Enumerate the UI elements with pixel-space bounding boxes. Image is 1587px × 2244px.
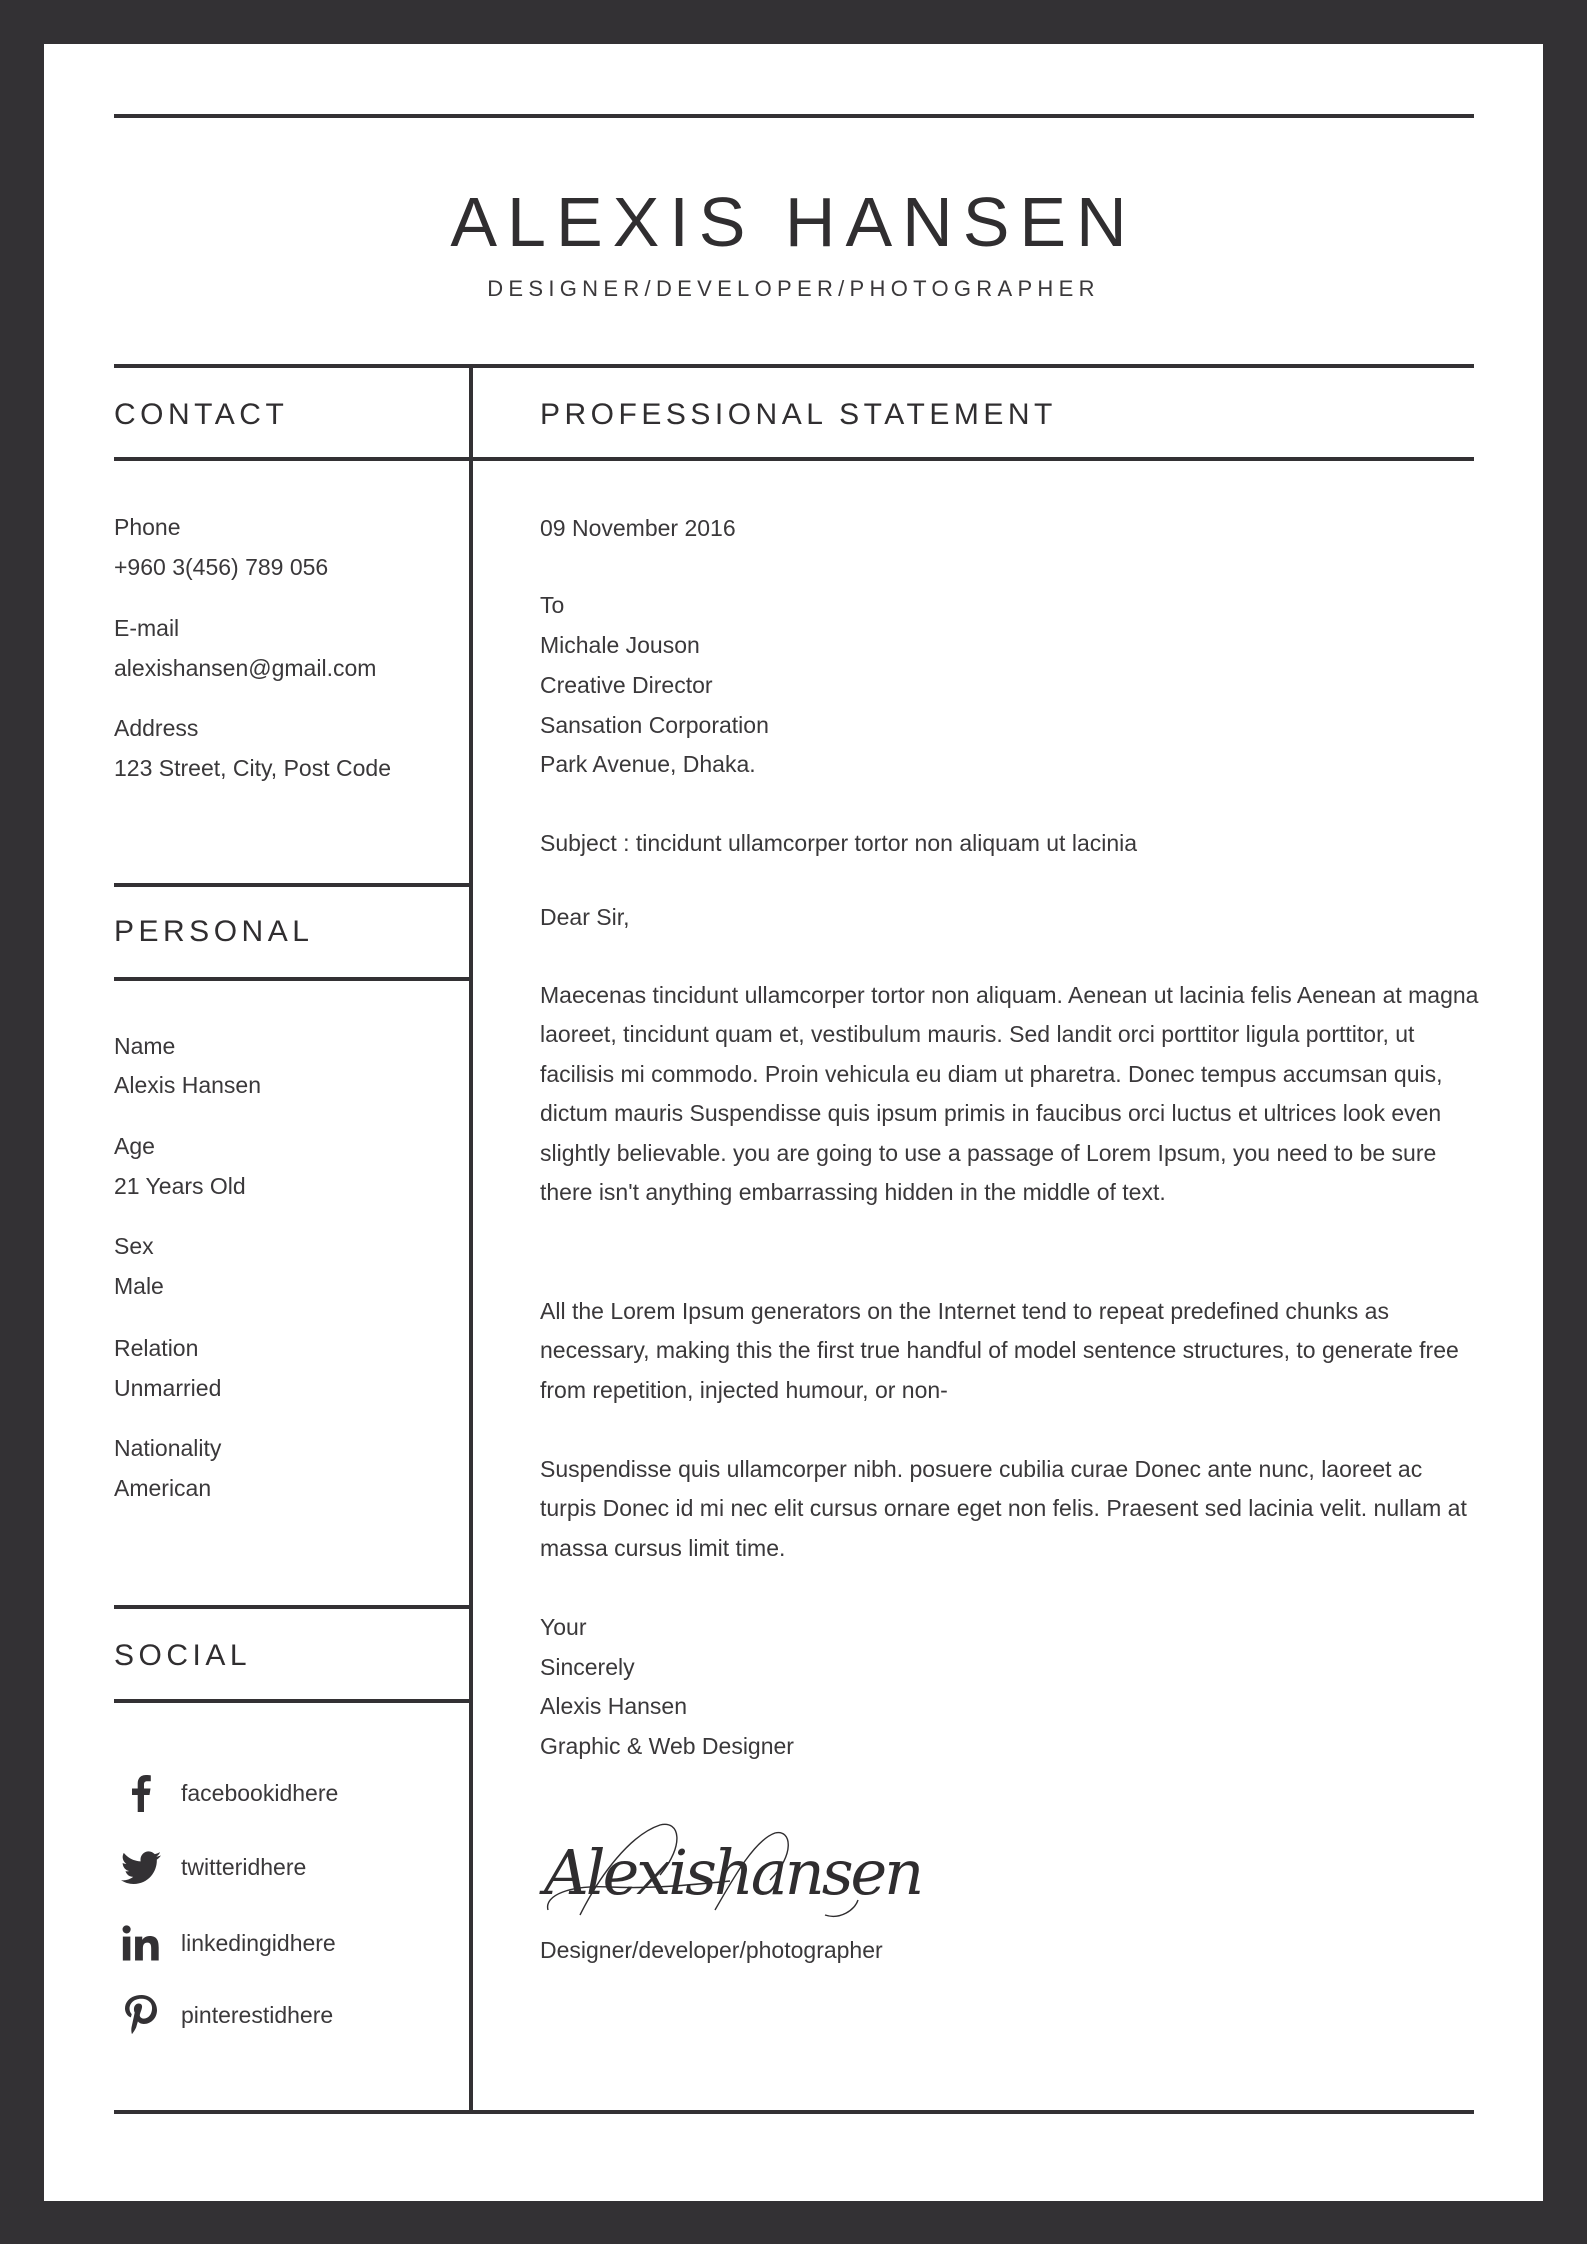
closing-your: Your: [540, 1613, 586, 1641]
facebook-handle[interactable]: facebookidhere: [181, 1779, 338, 1807]
closing-name: Alexis Hansen: [540, 1692, 687, 1720]
candidate-name: ALEXIS HANSEN: [0, 182, 1587, 262]
closing-sincerely: Sincerely: [540, 1653, 635, 1681]
letter-paragraph-2: All the Lorem Ipsum generators on the In…: [540, 1292, 1480, 1410]
linkedin-handle[interactable]: linkedingidhere: [181, 1929, 336, 1957]
twitter-icon[interactable]: [120, 1847, 162, 1889]
letter-date: 09 November 2016: [540, 514, 736, 542]
contact-phone-value[interactable]: +960 3(456) 789 056: [114, 553, 328, 581]
contact-heading: CONTACT: [114, 397, 288, 433]
personal-relation-label: Relation: [114, 1334, 198, 1362]
letter-salutation: Dear Sir,: [540, 903, 629, 931]
contact-heading-rule: [114, 457, 473, 461]
recipient-company: Sansation Corporation: [540, 711, 769, 739]
closing-role: Graphic & Web Designer: [540, 1732, 794, 1760]
bottom-rule: [114, 2110, 1474, 2114]
signature: Alexishansen: [540, 1815, 870, 1940]
personal-relation-value: Unmarried: [114, 1374, 221, 1402]
personal-name-value: Alexis Hansen: [114, 1071, 261, 1099]
statement-heading: PROFESSIONAL STATEMENT: [540, 397, 1057, 433]
signature-text: Alexishansen: [544, 1833, 921, 1913]
twitter-handle[interactable]: twitteridhere: [181, 1853, 306, 1881]
personal-age-value: 21 Years Old: [114, 1172, 246, 1200]
pinterest-icon[interactable]: [120, 1994, 162, 2036]
signature-caption: Designer/developer/photographer: [540, 1936, 883, 1964]
social-top-rule: [114, 1605, 473, 1609]
social-heading: SOCIAL: [114, 1638, 251, 1674]
contact-phone-label: Phone: [114, 513, 181, 541]
recipient-address: Park Avenue, Dhaka.: [540, 750, 756, 778]
top-rule: [114, 114, 1474, 118]
statement-heading-rule: [471, 457, 1474, 461]
contact-address-label: Address: [114, 714, 198, 742]
recipient-title: Creative Director: [540, 671, 713, 699]
personal-top-rule: [114, 883, 473, 887]
personal-nationality-label: Nationality: [114, 1434, 221, 1462]
facebook-icon[interactable]: [120, 1772, 162, 1814]
candidate-title: DESIGNER/DEVELOPER/PHOTOGRAPHER: [0, 276, 1587, 302]
recipient-line-to: To: [540, 591, 564, 619]
pinterest-handle[interactable]: pinterestidhere: [181, 2001, 333, 2029]
letter-paragraph-3: Suspendisse quis ullamcorper nibh. posue…: [540, 1450, 1480, 1568]
letter-subject: Subject : tincidunt ullamcorper tortor n…: [540, 829, 1137, 857]
contact-email-label: E-mail: [114, 614, 179, 642]
contact-address-value: 123 Street, City, Post Code: [114, 754, 391, 782]
personal-heading-rule: [114, 977, 473, 981]
contact-email-value[interactable]: alexishansen@gmail.com: [114, 654, 376, 682]
personal-sex-label: Sex: [114, 1232, 154, 1260]
letter-paragraph-1: Maecenas tincidunt ullamcorper tortor no…: [540, 976, 1480, 1212]
header-bottom-rule: [114, 364, 1474, 368]
personal-sex-value: Male: [114, 1272, 164, 1300]
social-heading-rule: [114, 1699, 473, 1703]
personal-name-label: Name: [114, 1032, 175, 1060]
personal-nationality-value: American: [114, 1474, 211, 1502]
personal-heading: PERSONAL: [114, 914, 313, 950]
recipient-name: Michale Jouson: [540, 631, 700, 659]
linkedin-icon[interactable]: [120, 1922, 162, 1964]
personal-age-label: Age: [114, 1132, 155, 1160]
column-divider: [469, 364, 473, 2114]
